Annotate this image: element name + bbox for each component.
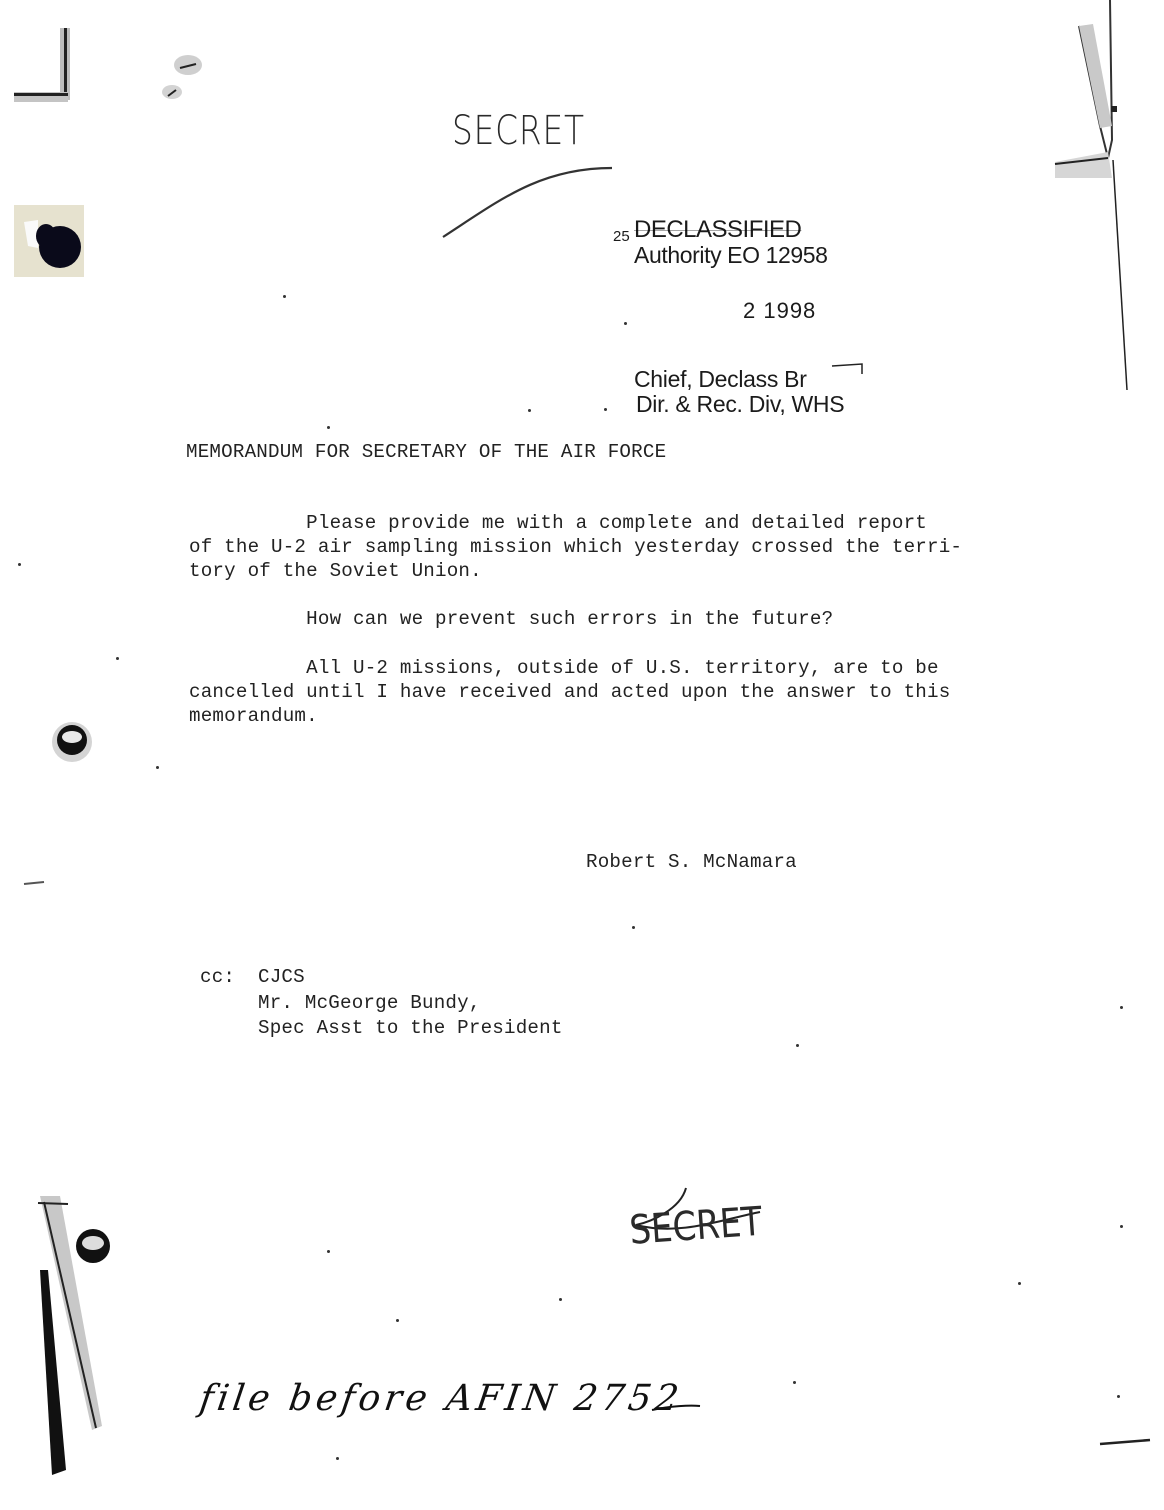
- speck: [624, 322, 627, 325]
- speck: [336, 1457, 339, 1460]
- declass-stamp-division: Dir. & Rec. Div, WHS: [636, 391, 844, 418]
- punch-hole-icon: [14, 205, 84, 277]
- scan-artifacts: [0, 0, 1164, 1510]
- smudge-mark: [162, 55, 202, 99]
- speck: [1120, 1225, 1123, 1228]
- memorandum-page: SECRET 25 DECLASSIFIED Authority EO 1295…: [0, 0, 1164, 1510]
- declass-stamp-authority: Authority EO 12958: [634, 242, 828, 269]
- speck: [1120, 1006, 1123, 1009]
- pen-stroke: [443, 168, 612, 237]
- paragraph-line: cancelled until I have received and acte…: [189, 681, 950, 703]
- speck: [396, 1319, 399, 1322]
- paragraph-line: tory of the Soviet Union.: [189, 560, 482, 582]
- speck: [632, 926, 635, 929]
- speck: [283, 295, 286, 298]
- speck: [793, 1381, 796, 1384]
- paragraph-line: memorandum.: [189, 705, 318, 727]
- paragraph-line: How can we prevent such errors in the fu…: [189, 608, 833, 630]
- cc-recipient: Spec Asst to the President: [258, 1017, 563, 1039]
- declass-stamp-date: 2 1998: [743, 298, 816, 324]
- staple-edge-mark: [38, 1196, 110, 1475]
- speck: [559, 1298, 562, 1301]
- staple-edge-mark: [1055, 0, 1127, 390]
- paragraph-line: of the U-2 air sampling mission which ye…: [189, 536, 962, 558]
- speck: [18, 563, 21, 566]
- declass-stamp-chief: Chief, Declass Br: [634, 366, 807, 393]
- speck: [796, 1044, 799, 1047]
- speck: [327, 426, 330, 429]
- cc-recipient: CJCS: [258, 966, 305, 988]
- speck: [327, 1250, 330, 1253]
- page-corner-mark: [14, 28, 70, 102]
- speck: [1018, 1282, 1021, 1285]
- speck: [156, 766, 159, 769]
- declass-stamp-number: 25: [613, 228, 630, 245]
- punch-hole-icon: [52, 722, 92, 762]
- handwritten-note: file before AFIN 2752: [197, 1378, 685, 1419]
- classification-marking-bottom: SECRET: [628, 1199, 764, 1254]
- speck: [528, 409, 531, 412]
- speck: [116, 657, 119, 660]
- stamp-bracket: [832, 364, 862, 374]
- declass-stamp-title: DECLASSIFIED: [634, 216, 801, 244]
- memo-heading: MEMORANDUM FOR SECRETARY OF THE AIR FORC…: [186, 441, 666, 463]
- cc-recipient: Mr. McGeorge Bundy,: [258, 992, 481, 1014]
- cc-label: cc:: [200, 966, 235, 988]
- page-edge-mark: [1100, 1440, 1150, 1444]
- classification-marking-top: SECRET: [452, 108, 585, 154]
- paragraph-line: Please provide me with a complete and de…: [189, 512, 927, 534]
- speck: [1117, 1395, 1120, 1398]
- signature-block: Robert S. McNamara: [586, 851, 797, 873]
- speck: [604, 408, 607, 411]
- paragraph-line: All U-2 missions, outside of U.S. territ…: [189, 657, 939, 679]
